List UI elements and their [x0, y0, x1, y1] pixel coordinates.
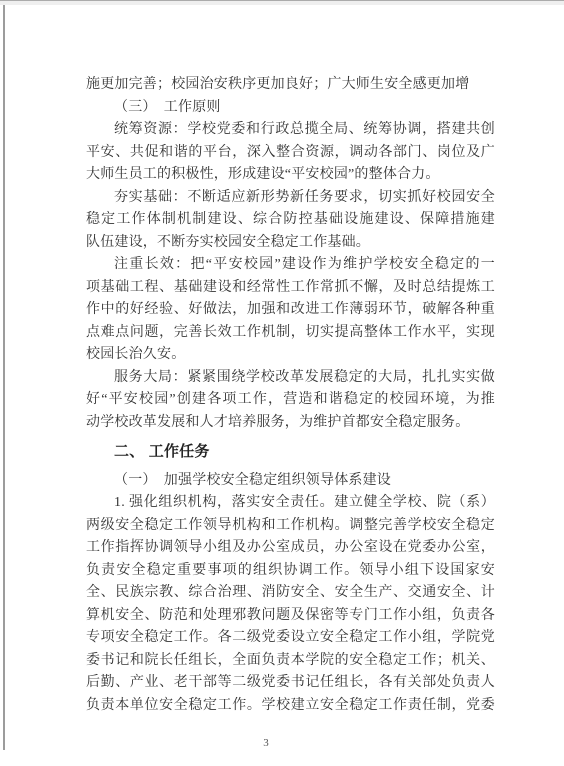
text-line: 平安、共促和谐的平台，深入整合资源，调动各部门、岗位及广 [86, 142, 495, 165]
document-page: 施更加完善；校园治安秩序更加良好；广大师生安全感更加增强。（三） 工作原则统筹资… [0, 0, 564, 766]
text-line: 服务大局：紧紧围绕学校改革发展稳定的大局，扎扎实实做 [86, 367, 495, 390]
text-line: 两级安全稳定工作领导机构和工作机构。调整完善学校安全稳定 [86, 515, 495, 538]
text-line: 校园长治久安。 [86, 344, 495, 367]
text-line: 统筹资源：学校党委和行政总揽全局、统筹协调，搭建共创 [86, 119, 495, 142]
text-line: 工作指挥协调领导小组及办公室成员，办公室设在党委办公室， [86, 537, 495, 560]
page-number: 3 [86, 736, 446, 750]
scan-edge-top [0, 0, 564, 5]
text-line: 动学校改革发展和人才培养服务，为维护首都安全稳定服务。 [86, 412, 495, 435]
text-line: 1. 强化组织机构，落实安全责任。建立健全学校、院（系） [86, 492, 495, 515]
text-line: 队伍建设，不断夯实校园安全稳定工作基础。 [86, 232, 495, 255]
text-line: 稳定工作体制机制建设、综合防控基础设施建设、保障措施建设、 [86, 209, 495, 232]
text-line: 大师生员工的积极性，形成建设“平安校园”的整体合力。 [86, 164, 495, 187]
text-line: 项基础工程、基础建设和经常性工作常抓不懈，及时总结提炼工 [86, 277, 495, 300]
text-line: 点难点问题，完善长效工作机制，切实提高整体工作水平，实现 [86, 322, 495, 345]
text-line: （三） 工作原则 [86, 97, 495, 120]
text-line: 负责安全稳定重要事项的组织协调工作。领导小组下设国家安 [86, 560, 495, 583]
text-line: 施更加完善；校园治安秩序更加良好；广大师生安全感更加增强。 [86, 74, 495, 97]
text-line: 委书记和院长任组长，全面负责本学院的安全稳定工作；机关、 [86, 650, 495, 673]
text-line: 作中的好经验、好做法，加强和改进工作薄弱环节，破解各种重 [86, 299, 495, 322]
text-line: 夯实基础：不断适应新形势新任务要求，切实抓好校园安全 [86, 187, 495, 210]
text-line: 算机安全、防范和处理邪教问题及保密等专门工作小组，负责各 [86, 605, 495, 628]
text-line: （一） 加强学校安全稳定组织领导体系建设 [86, 470, 495, 493]
text-line: 负责本单位安全稳定工作。学校建立安全稳定工作责任制，党委 [86, 695, 495, 718]
text-line: 好“平安校园”创建各项工作，营造和谐稳定的校园环境，为推 [86, 389, 495, 412]
text-line: 全、民族宗教、综合治理、消防安全、安全生产、交通安全、计 [86, 582, 495, 605]
text-line: 注重长效：把“平安校园”建设作为维护学校安全稳定的一 [86, 254, 495, 277]
document-body: 施更加完善；校园治安秩序更加良好；广大师生安全感更加增强。（三） 工作原则统筹资… [86, 74, 495, 717]
text-line: 专项安全稳定工作。各二级党委设立安全稳定工作小组，学院党 [86, 627, 495, 650]
text-line: 后勤、产业、老干部等二级党委书记任组长，各有关部处负责人 [86, 672, 495, 695]
section-heading: 二、 工作任务 [86, 441, 495, 464]
scan-edge-left [3, 5, 5, 750]
